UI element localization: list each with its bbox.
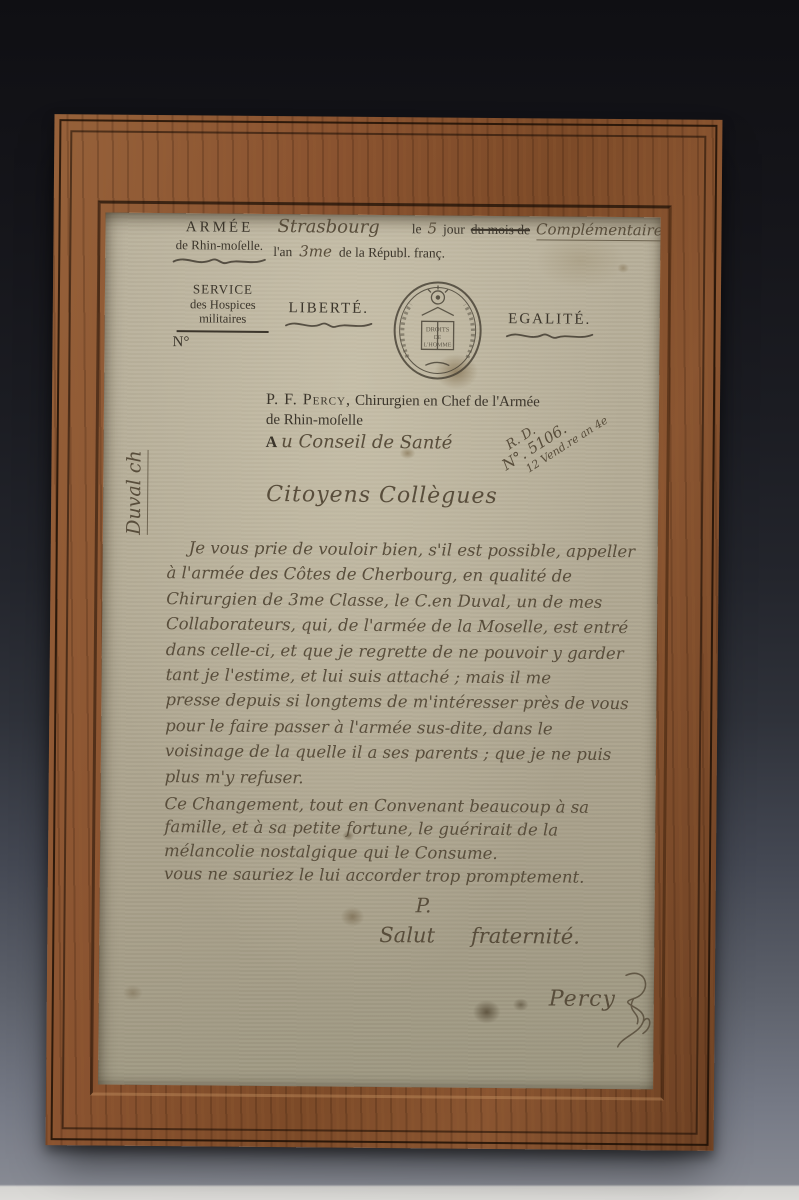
- document-page: ARMÉE de Rhin-moſelle. Strasbourg le 5 j…: [98, 213, 661, 1090]
- signature-paraph-icon: [598, 969, 657, 1052]
- place-handwritten: Strasbourg: [277, 216, 379, 238]
- paper-stain: [513, 998, 529, 1011]
- service-line3: militaires: [167, 311, 279, 326]
- printed-le: le: [412, 221, 422, 237]
- month-handwritten: Complémentaire: [536, 220, 661, 241]
- army-subtitle: de Rhin-moſelle.: [163, 237, 275, 254]
- svg-text:L'HOMME: L'HOMME: [424, 342, 452, 348]
- liberte-text: LIBERTÉ.: [283, 300, 375, 318]
- photo-background: ARMÉE de Rhin-moſelle. Strasbourg le 5 j…: [0, 0, 799, 1200]
- closing-line: Salut fraternité.: [379, 923, 580, 949]
- motto-liberte: LIBERTÉ.: [283, 300, 375, 332]
- margin-note-vertical: Duval ch: [123, 450, 149, 535]
- date-line: Strasbourg le 5 jour du mois de Compléme…: [277, 216, 660, 241]
- svg-text:DE: DE: [434, 335, 442, 341]
- addressee-handwritten: u Conseil de Santé: [281, 431, 452, 453]
- closing-salut: Salut: [379, 923, 435, 947]
- body-line: plus m'y refuser.: [165, 764, 661, 794]
- day-handwritten: 5: [427, 219, 437, 237]
- paper-stain: [123, 985, 143, 1001]
- body-line: voisinage de la quelle il a ses parents …: [165, 738, 661, 768]
- body-line: vous ne sauriez le lui accorder trop pro…: [164, 862, 661, 890]
- salutation: Citoyens Collègues: [266, 482, 498, 509]
- letterhead-army: ARMÉE de Rhin-moſelle.: [163, 219, 275, 268]
- letter-body: Je vous prie de vouloir bien, s'il est p…: [164, 535, 661, 890]
- printed-year-rest: de la Républ. franç.: [339, 245, 445, 262]
- paper-stain: [473, 1000, 501, 1024]
- flourish-icon: [505, 329, 595, 343]
- paper-stain: [617, 263, 629, 273]
- letterhead-service: SERVICE des Hospices militaires: [167, 281, 279, 333]
- paragraph-1: Je vous prie de vouloir bien, s'il est p…: [165, 535, 661, 793]
- percy-title: Chirurgien en Chef de l'Armée: [355, 393, 540, 411]
- paragraph-2: Ce Changement, tout en Convenant beaucou…: [164, 792, 661, 890]
- struck-text: du mois de: [471, 222, 530, 239]
- motto-egalite: EGALITÉ.: [501, 311, 599, 343]
- egalite-text: EGALITÉ.: [501, 311, 599, 329]
- army-title: ARMÉE: [163, 219, 275, 237]
- closing-fraternite: fraternité.: [471, 924, 580, 949]
- percy-name: P. F. Percy,: [266, 391, 351, 409]
- year-line: l'an 3me de la Républ. franç.: [273, 242, 445, 261]
- service-line2: des Hospices: [167, 297, 279, 312]
- printed-jour: jour: [443, 222, 465, 238]
- addressee-printed-A: A: [266, 434, 278, 451]
- closing-flourish: P.: [416, 893, 432, 917]
- flourish-icon: [171, 254, 267, 268]
- republican-seal-icon: DROITS DE L'HOMME: [391, 277, 484, 382]
- picture-frame: ARMÉE de Rhin-moſelle. Strasbourg le 5 j…: [46, 114, 723, 1151]
- service-line1: SERVICE: [167, 281, 279, 298]
- flourish-icon: [284, 318, 374, 332]
- printed-lan: l'an: [273, 244, 292, 260]
- paper-stain: [340, 907, 364, 927]
- body-line: Collaborateurs, qui, de l'armée de la Mo…: [166, 611, 661, 641]
- number-label: N°: [172, 334, 189, 351]
- svg-text:DROITS: DROITS: [426, 326, 450, 333]
- year-handwritten: 3me: [299, 242, 332, 260]
- rule-divider: [177, 330, 269, 333]
